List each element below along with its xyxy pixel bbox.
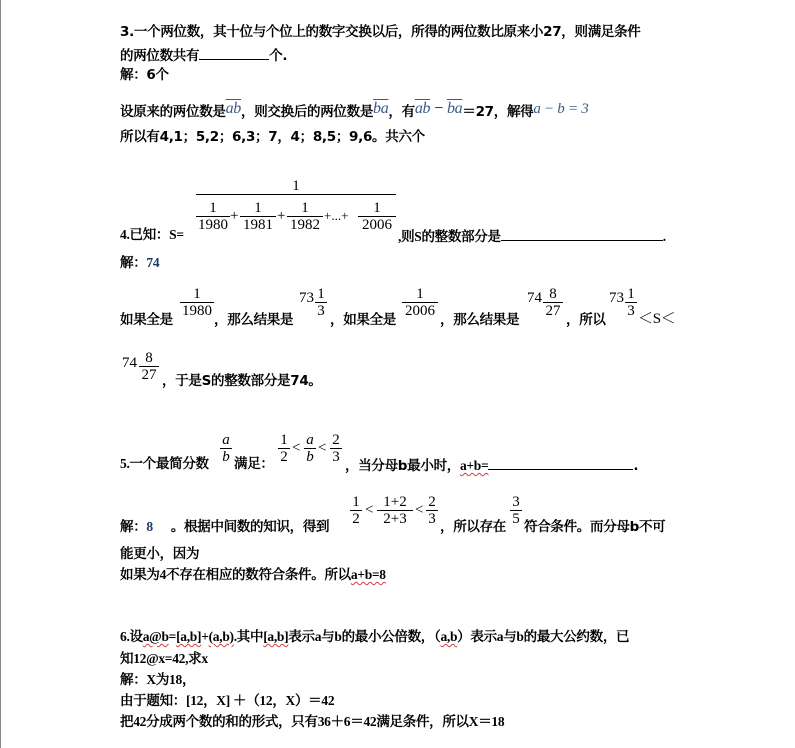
- q5-ex-ineq-mid: 1+22+3: [377, 494, 413, 527]
- q4-term-4-den: 2006: [358, 217, 396, 233]
- q6-text2: ）表示a与b的最大公约数，已: [457, 629, 629, 644]
- denominator: 2: [350, 511, 362, 527]
- q3-minus: −: [430, 100, 447, 117]
- q4-term-2-num: 1: [240, 200, 276, 216]
- q4-ex-frac1: 11980: [180, 286, 214, 319]
- denominator: 3: [330, 449, 342, 465]
- q5-ex-frac: 35: [510, 494, 522, 527]
- q3-question-line1: 3.一个两位数，其十位与个位上的数字交换以后，所得的两位数比原来小27，则满足条…: [120, 23, 641, 41]
- q4-ex-mixed2-frac: 827: [543, 286, 563, 319]
- q4-term-1-den: 1980: [196, 217, 230, 233]
- q4-ex-frac2: 12006: [402, 286, 438, 319]
- page-left-border: [0, 0, 1, 748]
- q3-result-equation: a − b = 3: [533, 101, 588, 117]
- q4-suffix: ,则S的整数部分是.: [398, 226, 666, 246]
- q5-ineq-right: 23: [330, 432, 342, 465]
- numerator: 1: [315, 286, 327, 302]
- q4-outer-numerator: 1: [196, 178, 396, 194]
- q4-answer: 解：74: [120, 254, 159, 272]
- denominator: 3: [426, 511, 438, 527]
- q4-ex-mixed4-frac: 827: [139, 350, 159, 383]
- q3-explanation: 设原来的两位数是ab，则交换后的两位数是ba，有ab−ba＝27，解得a − b…: [120, 100, 588, 121]
- q5-ex-text3: 符合条件。而分母b不可: [524, 518, 665, 536]
- q4-answer-value: 74: [146, 255, 159, 270]
- q6-text1: 表示a与b的最小公倍数，（: [288, 629, 440, 644]
- q4-term-1: 11980: [196, 200, 230, 233]
- numerator: 1: [180, 286, 214, 302]
- q5-ex-lt-2: <: [415, 502, 423, 519]
- q5-ex-ineq-left: 12: [350, 494, 362, 527]
- q6-gcd2: a,b: [440, 629, 457, 644]
- q4-term-4-num: 1: [358, 200, 396, 216]
- q4-ex-text1: 如果全是: [120, 311, 173, 329]
- q5-expr: a+b=: [460, 458, 488, 473]
- q5-answer-value: 8: [146, 519, 170, 534]
- q6-line1: 6.设a@b=[a,b]+(a,b).其中[a,b]表示a与b的最小公倍数，（a…: [120, 628, 629, 646]
- q4-plus-2: +: [277, 208, 285, 225]
- q6-reason-line: 由于题知：[12，X] ＋（12，X）＝42: [120, 692, 334, 710]
- q5-ineq-left: 12: [278, 432, 290, 465]
- q5-lt-1: <: [292, 440, 300, 457]
- numerator: 2: [330, 432, 342, 448]
- numerator: a: [304, 432, 316, 448]
- q4-ex-conclusion: ，于是S的整数部分是74。: [162, 372, 322, 390]
- q5-ex-lt-1: <: [365, 502, 373, 519]
- q4-ex-mixed1-frac: 13: [315, 286, 327, 319]
- q4-ellipsis: +...+: [324, 208, 348, 224]
- denominator: 2+3: [377, 511, 413, 527]
- q3-explain-mid2: ，有: [388, 104, 414, 120]
- q4-ex-inequality: ＜S＜: [638, 310, 675, 328]
- numerator: 3: [510, 494, 522, 510]
- q4-term-4: 12006: [358, 200, 396, 233]
- q3-explain-mid1: ，则交换后的两位数是: [241, 104, 373, 120]
- q3-explain-mid3: ＝27，解得: [462, 104, 533, 120]
- q4-outer-bar: [196, 194, 396, 195]
- q3-explain-prefix: 设原来的两位数是: [120, 104, 226, 120]
- q6-answer-line: 解：X为18，: [120, 671, 195, 689]
- q6-def: a@b: [143, 629, 169, 644]
- q3-answer-value: 6个: [146, 67, 168, 83]
- numerator: 1: [278, 432, 290, 448]
- denominator: 27: [139, 367, 159, 383]
- denominator: 3: [315, 303, 327, 319]
- q6-plus: +: [201, 629, 208, 644]
- q4-term-2: 11981: [240, 200, 276, 233]
- q3-answer-blank: [199, 45, 269, 60]
- q5-end-period: .: [633, 458, 638, 474]
- numerator: 1+2: [377, 494, 413, 510]
- q3-question-line2: 的两位数共有个.: [120, 45, 287, 65]
- q5-answer: 解：8。根据中间数的知识，得到: [120, 518, 329, 536]
- q3-pairs-line: 所以有4,1；5,2；6,3；7，4；8,5；9,6。共六个: [120, 128, 425, 146]
- denominator: 5: [510, 511, 522, 527]
- q4-ex-text3: ，如果全是: [330, 311, 396, 329]
- q5-ex-ineq-right: 23: [426, 494, 438, 527]
- q4-term-3-num: 1: [287, 200, 323, 216]
- q6-final-line: 把42分成两个数的和的形式，只有36＋6＝42满足条件，所以X＝18: [120, 713, 504, 731]
- q4-ex-text2: ，那么结果是: [214, 311, 293, 329]
- q4-answer-label: 解：: [120, 255, 146, 271]
- q5-ex-text2: ，所以存在: [440, 518, 506, 536]
- numerator: 2: [426, 494, 438, 510]
- q5-ex-line2: 能更小，因为: [120, 545, 199, 563]
- q5-suffix-text: ，当分母b最小时，: [345, 458, 460, 474]
- q3-answer-label: 解：: [120, 67, 146, 83]
- q4-ex-mixed1-whole: 73: [299, 290, 314, 307]
- q5-ex-line3: 如果为4不存在相应的数符合条件。所以a+b=8: [120, 566, 386, 584]
- q4-plus-1: +: [230, 208, 238, 225]
- q5-ex-line3-expr: a+b=8: [351, 567, 386, 582]
- q4-ex-mixed3-whole: 73: [609, 290, 624, 307]
- q4-ex-mixed3-frac: 13: [625, 286, 637, 319]
- denominator: 2: [278, 449, 290, 465]
- q3-var-ba: ba: [373, 100, 388, 117]
- q4-ex-text4: ，那么结果是: [440, 311, 519, 329]
- denominator: b: [304, 449, 316, 465]
- denominator: 3: [625, 303, 637, 319]
- q5-frac-ab: ab: [220, 432, 232, 465]
- q6-line2: 知12@x=42,求x: [120, 650, 208, 668]
- q5-ex-line3-prefix: 如果为4不存在相应的数符合条件。所以: [120, 567, 351, 582]
- q4-term-1-num: 1: [196, 200, 230, 216]
- q3-var-ab-2: ab: [415, 100, 430, 117]
- q4-ex-mixed4-whole: 74: [122, 355, 137, 372]
- q3-var-ba-2: ba: [447, 100, 462, 117]
- q4-end-period: .: [663, 229, 666, 244]
- numerator: 1: [350, 494, 362, 510]
- q6-line1-prefix: 6.设: [120, 629, 143, 644]
- q3-answer: 解：6个: [120, 66, 169, 84]
- q4-prefix: 4.已知：S=: [120, 226, 184, 244]
- numerator: 8: [543, 286, 563, 302]
- q6-lcm2: [a,b]: [263, 629, 288, 644]
- q4-ex-text5: ，所以: [566, 311, 606, 329]
- q5-answer-blank: [488, 455, 633, 470]
- q5-prefix: 5.一个最简分数: [120, 455, 209, 473]
- q3-line2-prefix: 的两位数共有: [120, 48, 199, 64]
- q5-answer-label: 解：: [120, 519, 146, 535]
- q4-suffix-text: ,则S的整数部分是: [398, 229, 501, 244]
- numerator: a: [220, 432, 232, 448]
- numerator: 8: [139, 350, 159, 366]
- q5-ineq-mid: ab: [304, 432, 316, 465]
- q5-ex-text1: 。根据中间数的知识，得到: [171, 519, 329, 535]
- q6-eq: =: [169, 629, 176, 644]
- denominator: b: [220, 449, 232, 465]
- denominator: 1980: [180, 303, 214, 319]
- q5-suffix: ，当分母b最小时，a+b=.: [345, 455, 638, 475]
- q4-term-3-den: 1982: [287, 217, 323, 233]
- q6-lcm: [a,b]: [176, 629, 201, 644]
- q3-var-ab: ab: [226, 100, 241, 117]
- q4-term-2-den: 1981: [240, 217, 276, 233]
- q4-main-fraction: 1: [196, 178, 396, 195]
- numerator: 1: [625, 286, 637, 302]
- denominator: 2006: [402, 303, 438, 319]
- q5-lt-2: <: [318, 440, 326, 457]
- q4-answer-blank: [501, 226, 663, 241]
- q4-ex-mixed2-whole: 74: [527, 290, 542, 307]
- numerator: 1: [402, 286, 438, 302]
- denominator: 27: [543, 303, 563, 319]
- q6-gcd: (a,b): [209, 629, 234, 644]
- q3-line2-suffix: 个.: [269, 48, 287, 64]
- q5-mid: 满足：: [234, 455, 274, 473]
- q6-mid: .其中: [234, 629, 263, 644]
- q4-term-3: 11982: [287, 200, 323, 233]
